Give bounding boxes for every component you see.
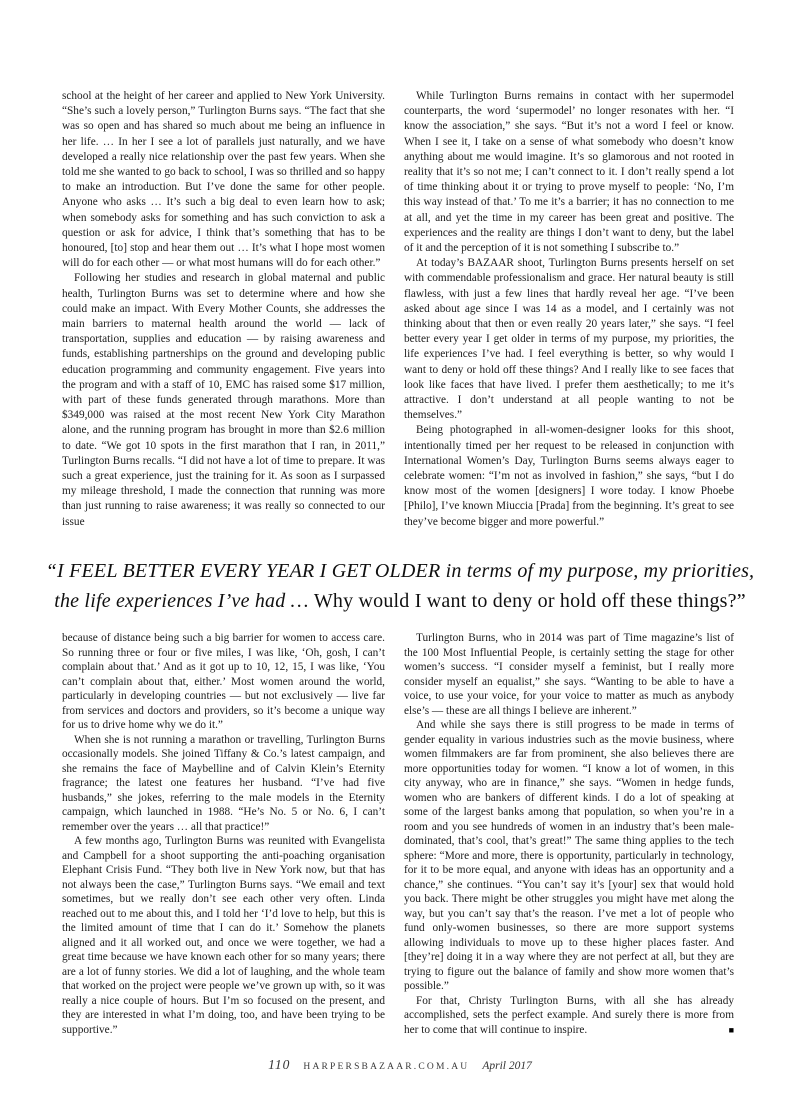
end-of-article-square-icon: ■	[717, 1026, 734, 1035]
footer-website: HARPERSBAZAAR.COM.AU	[303, 1062, 469, 1072]
pull-quote-italic-2: the life experiences I’ve had …	[54, 590, 314, 612]
article-paragraph: Being photographed in all-women-designer…	[404, 423, 734, 529]
magazine-page: school at the height of her career and a…	[0, 0, 800, 1105]
top-right-column: While Turlington Burns remains in contac…	[404, 89, 734, 530]
article-paragraph: Following her studies and research in gl…	[62, 271, 385, 529]
top-left-column: school at the height of her career and a…	[62, 89, 385, 530]
pull-quote-roman: Why would I want to deny or hold off the…	[314, 590, 746, 612]
article-paragraph: When she is not running a marathon or tr…	[62, 733, 385, 835]
closing-paragraph-text: For that, Christy Turlington Burns, with…	[404, 995, 734, 1036]
article-paragraph: At today’s BAZAAR shoot, Turlington Burn…	[404, 256, 734, 423]
article-paragraph: While Turlington Burns remains in contac…	[404, 89, 734, 256]
bottom-left-column: because of distance being such a big bar…	[62, 631, 385, 1037]
pull-quote-caps: “I FEEL BETTER EVERY YEAR I GET OLDER	[46, 560, 446, 582]
article-paragraph: Turlington Burns, who in 2014 was part o…	[404, 631, 734, 718]
article-paragraph: school at the height of her career and a…	[62, 89, 385, 271]
bottom-right-column: Turlington Burns, who in 2014 was part o…	[404, 631, 734, 1037]
pull-quote-italic-1: in terms of my purpose, my priorities,	[446, 560, 755, 582]
article-paragraph: And while she says there is still progre…	[404, 718, 734, 994]
folio-page-number: 110	[268, 1057, 290, 1072]
article-paragraph: A few months ago, Turlington Burns was r…	[62, 834, 385, 1037]
article-top-section: school at the height of her career and a…	[62, 89, 734, 530]
article-paragraph: because of distance being such a big bar…	[62, 631, 385, 733]
article-closing-paragraph: For that, Christy Turlington Burns, with…	[404, 994, 734, 1038]
footer-issue-date: April 2017	[482, 1060, 532, 1072]
page-footer: 110 HARPERSBAZAAR.COM.AU April 2017	[0, 1056, 800, 1074]
pull-quote: “I FEEL BETTER EVERY YEAR I GET OLDER in…	[30, 556, 770, 616]
article-bottom-section: because of distance being such a big bar…	[62, 631, 734, 1037]
